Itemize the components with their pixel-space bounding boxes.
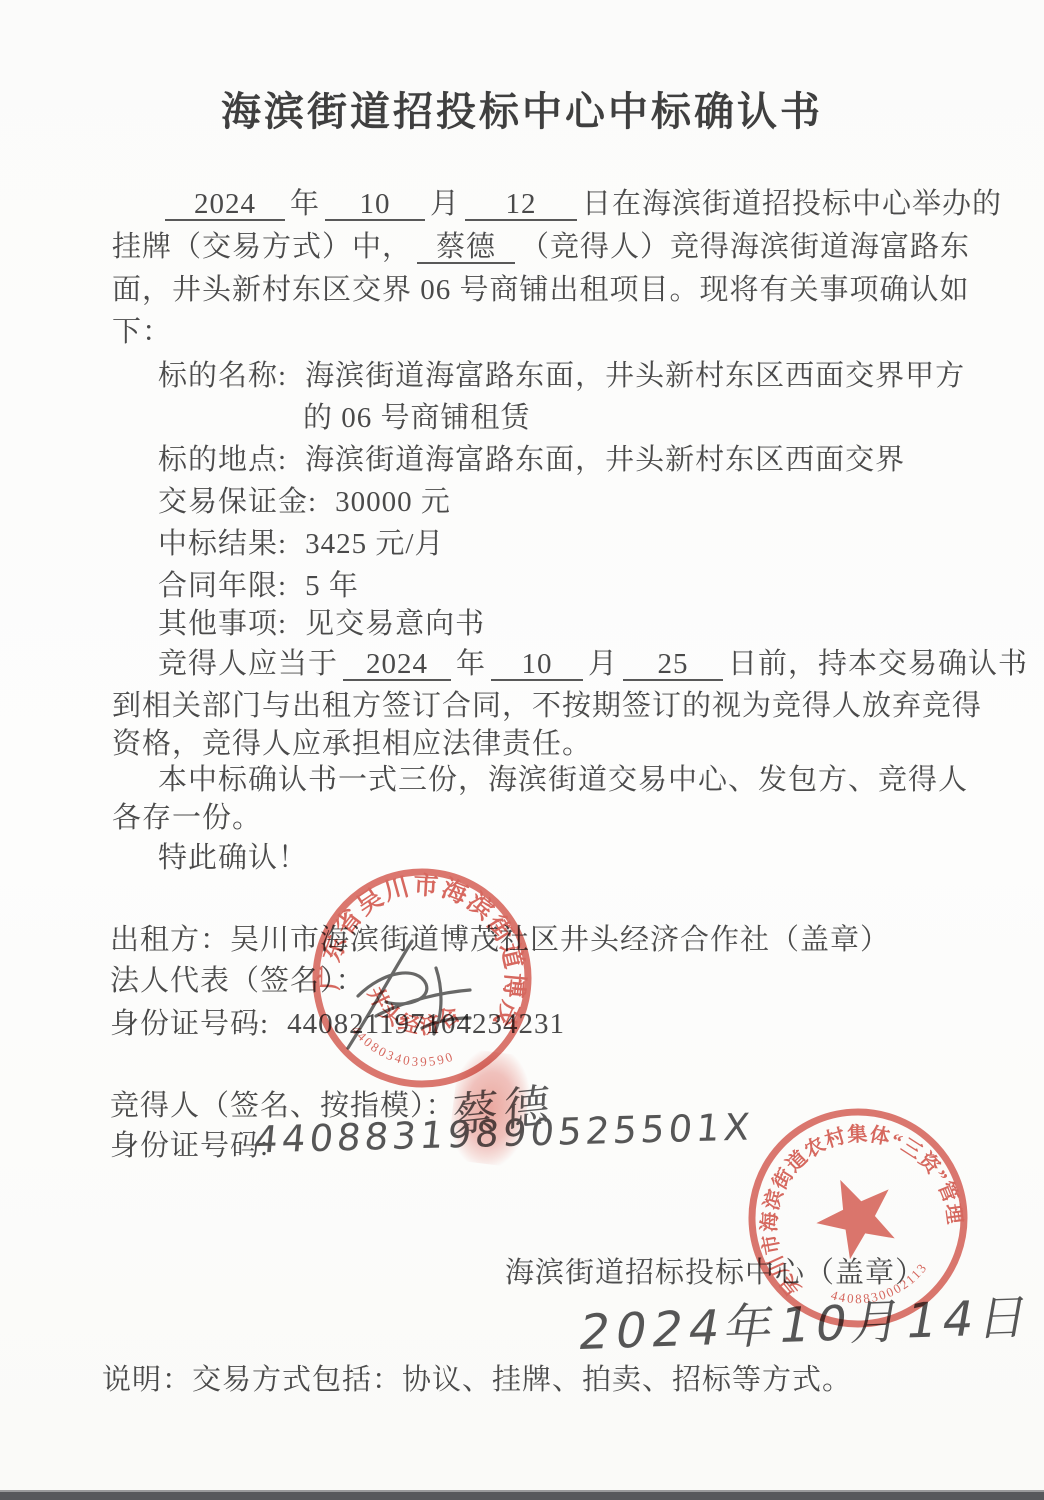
deadline-lead: 竞得人应当于 bbox=[158, 648, 338, 680]
field-location-label: 标的地点: bbox=[158, 444, 287, 476]
field-other: 其他事项:见交易意向书 bbox=[158, 606, 485, 642]
deadline-line-1: 竞得人应当于2024年10月25日前，持本交易确认书 bbox=[158, 646, 1028, 682]
unit-month: 月 bbox=[430, 188, 460, 220]
field-deposit-value: 30000 元 bbox=[335, 486, 451, 518]
field-result: 中标结果:3425 元/月 bbox=[158, 526, 444, 562]
field-subject-label: 标的名称: bbox=[158, 360, 287, 392]
field-other-value: 见交易意向书 bbox=[305, 608, 485, 640]
deadline-year-blank: 2024 bbox=[343, 649, 451, 681]
field-result-label: 中标结果: bbox=[158, 528, 287, 560]
intro-line-1: 2024年10月12日在海滨街道招投标中心举办的 bbox=[160, 186, 1002, 222]
deadline-line-2: 到相关部门与出租方签订合同，不按期签订的视为竞得人放弃竞得 bbox=[112, 688, 982, 724]
deadline-unit-month: 月 bbox=[588, 648, 618, 680]
winner-name-blank: 蔡德 bbox=[417, 232, 515, 264]
deadline-day-blank: 25 bbox=[623, 649, 723, 681]
winner-id-label: 身份证号码: bbox=[110, 1128, 269, 1164]
blank-month: 10 bbox=[325, 189, 425, 221]
deadline-line1-rest: 日前，持本交易确认书 bbox=[728, 648, 1028, 680]
footer-note: 说明：交易方式包括：协议、挂牌、拍卖、招标等方式。 bbox=[102, 1362, 852, 1398]
center-seal-code: 4408830002113 bbox=[824, 1247, 935, 1324]
document-title: 海滨街道招投标中心中标确认书 bbox=[0, 80, 1044, 137]
field-deposit: 交易保证金:30000 元 bbox=[158, 484, 451, 520]
svg-text:4408830002113: 4408830002113 bbox=[824, 1247, 935, 1324]
field-result-value: 3425 元/月 bbox=[305, 528, 444, 560]
deadline-unit-year: 年 bbox=[456, 648, 486, 680]
copies-line-1: 本中标确认书一式三份，海滨街道交易中心、发包方、竞得人 bbox=[158, 762, 968, 798]
field-term-label: 合同年限: bbox=[158, 570, 287, 602]
deadline-month-blank: 10 bbox=[491, 649, 583, 681]
field-term-value: 5 年 bbox=[305, 570, 359, 602]
lessor-id-label: 身份证号码: bbox=[110, 1008, 269, 1040]
scan-page-bottom-edge bbox=[0, 1490, 1044, 1500]
scanned-document-page: 海滨街道招投标中心中标确认书 2024年10月12日在海滨街道招投标中心举办的 … bbox=[0, 0, 1044, 1500]
intro-line2-pre: 挂牌（交易方式）中， bbox=[112, 231, 412, 263]
intro-line-3: 面，井头新村东区交界 06 号商铺出租项目。现将有关事项确认如 bbox=[112, 272, 970, 308]
intro-line-4: 下： bbox=[112, 314, 172, 350]
blank-year: 2024 bbox=[165, 189, 285, 221]
intro-line2-post: （竞得人）竞得海滨街道海富路东 bbox=[520, 231, 970, 263]
field-deposit-label: 交易保证金: bbox=[158, 486, 317, 518]
field-other-label: 其他事项: bbox=[158, 608, 287, 640]
unit-year: 年 bbox=[290, 188, 320, 220]
field-subject: 标的名称:海滨街道海富路东面，井头新村东区西面交界甲方 bbox=[158, 358, 965, 394]
field-subject-value: 海滨街道海富路东面，井头新村东区西面交界甲方 bbox=[305, 360, 965, 392]
intro-line1-rest: 日在海滨街道招投标中心举办的 bbox=[582, 188, 1002, 220]
confirmation-line: 特此确认！ bbox=[158, 840, 308, 876]
intro-line-2: 挂牌（交易方式）中，蔡德（竞得人）竞得海滨街道海富路东 bbox=[112, 229, 970, 265]
field-location-value: 海滨街道海富路东面，井头新村东区西面交界 bbox=[305, 444, 905, 476]
copies-line-2: 各存一份。 bbox=[112, 800, 262, 836]
field-subject-value-line2: 的 06 号商铺租赁 bbox=[303, 400, 531, 436]
field-location: 标的地点:海滨街道海富路东面，井头新村东区西面交界 bbox=[158, 442, 905, 478]
svg-text:井头经济合作社: 井头经济合作社 bbox=[280, 836, 503, 1048]
center-seal-star bbox=[804, 1163, 908, 1266]
blank-day: 12 bbox=[465, 189, 577, 221]
field-term: 合同年限:5 年 bbox=[158, 568, 359, 604]
lessor-seal: 广东省吴川市海滨街道博茂社区 井头经济合作社 4408034039590 bbox=[280, 836, 565, 1121]
lessor-seal-inner-text: 井头经济合作社 bbox=[280, 836, 503, 1048]
deadline-line-3: 资格，竞得人应承担相应法律责任。 bbox=[112, 726, 592, 762]
